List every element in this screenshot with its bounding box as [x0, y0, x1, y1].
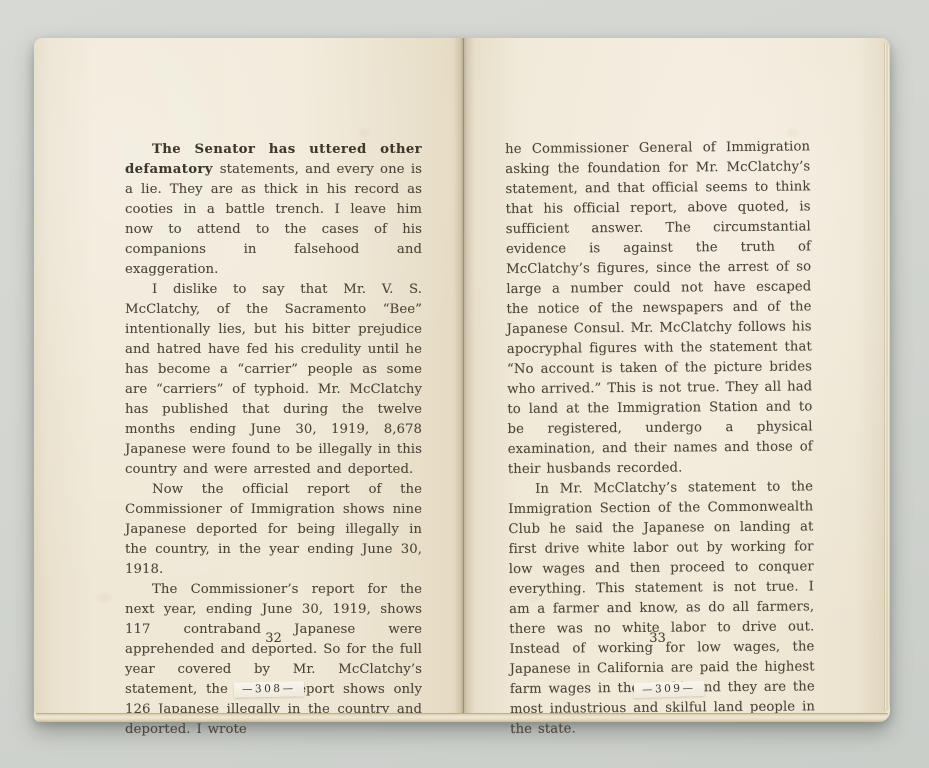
page-number-right: 33	[505, 631, 810, 646]
paragraph: The Senator has uttered other defamatory…	[125, 140, 422, 280]
catalog-number-label-left: —308—	[234, 681, 304, 697]
page-stack-edge	[36, 713, 888, 722]
page-text-right: he Commissioner General of Immigration a…	[505, 137, 815, 740]
paragraph: In Mr. McClatchy’s statement to the Immi…	[508, 477, 815, 740]
book-spread: The Senator has uttered other defamatory…	[34, 38, 890, 714]
catalog-number-label-right: —309—	[634, 681, 704, 698]
page-fore-edge	[884, 43, 889, 710]
book-page-left: The Senator has uttered other defamatory…	[34, 38, 463, 714]
open-book: The Senator has uttered other defamatory…	[34, 38, 890, 722]
paragraph-bold-lead: The Senator has uttered other defamatory	[125, 142, 422, 177]
page-number-left: 32	[125, 631, 422, 646]
page-text-left: The Senator has uttered other defamatory…	[125, 140, 422, 740]
book-page-right: he Commissioner General of Immigration a…	[463, 38, 890, 714]
photo-background: { "book": { "left_page": { "page_number"…	[0, 0, 929, 768]
paragraph: he Commissioner General of Immigration a…	[505, 137, 813, 480]
paragraph: Now the official report of the Commissio…	[125, 480, 422, 580]
paragraph: I dislike to say that Mr. V. S. McClatch…	[125, 280, 422, 480]
